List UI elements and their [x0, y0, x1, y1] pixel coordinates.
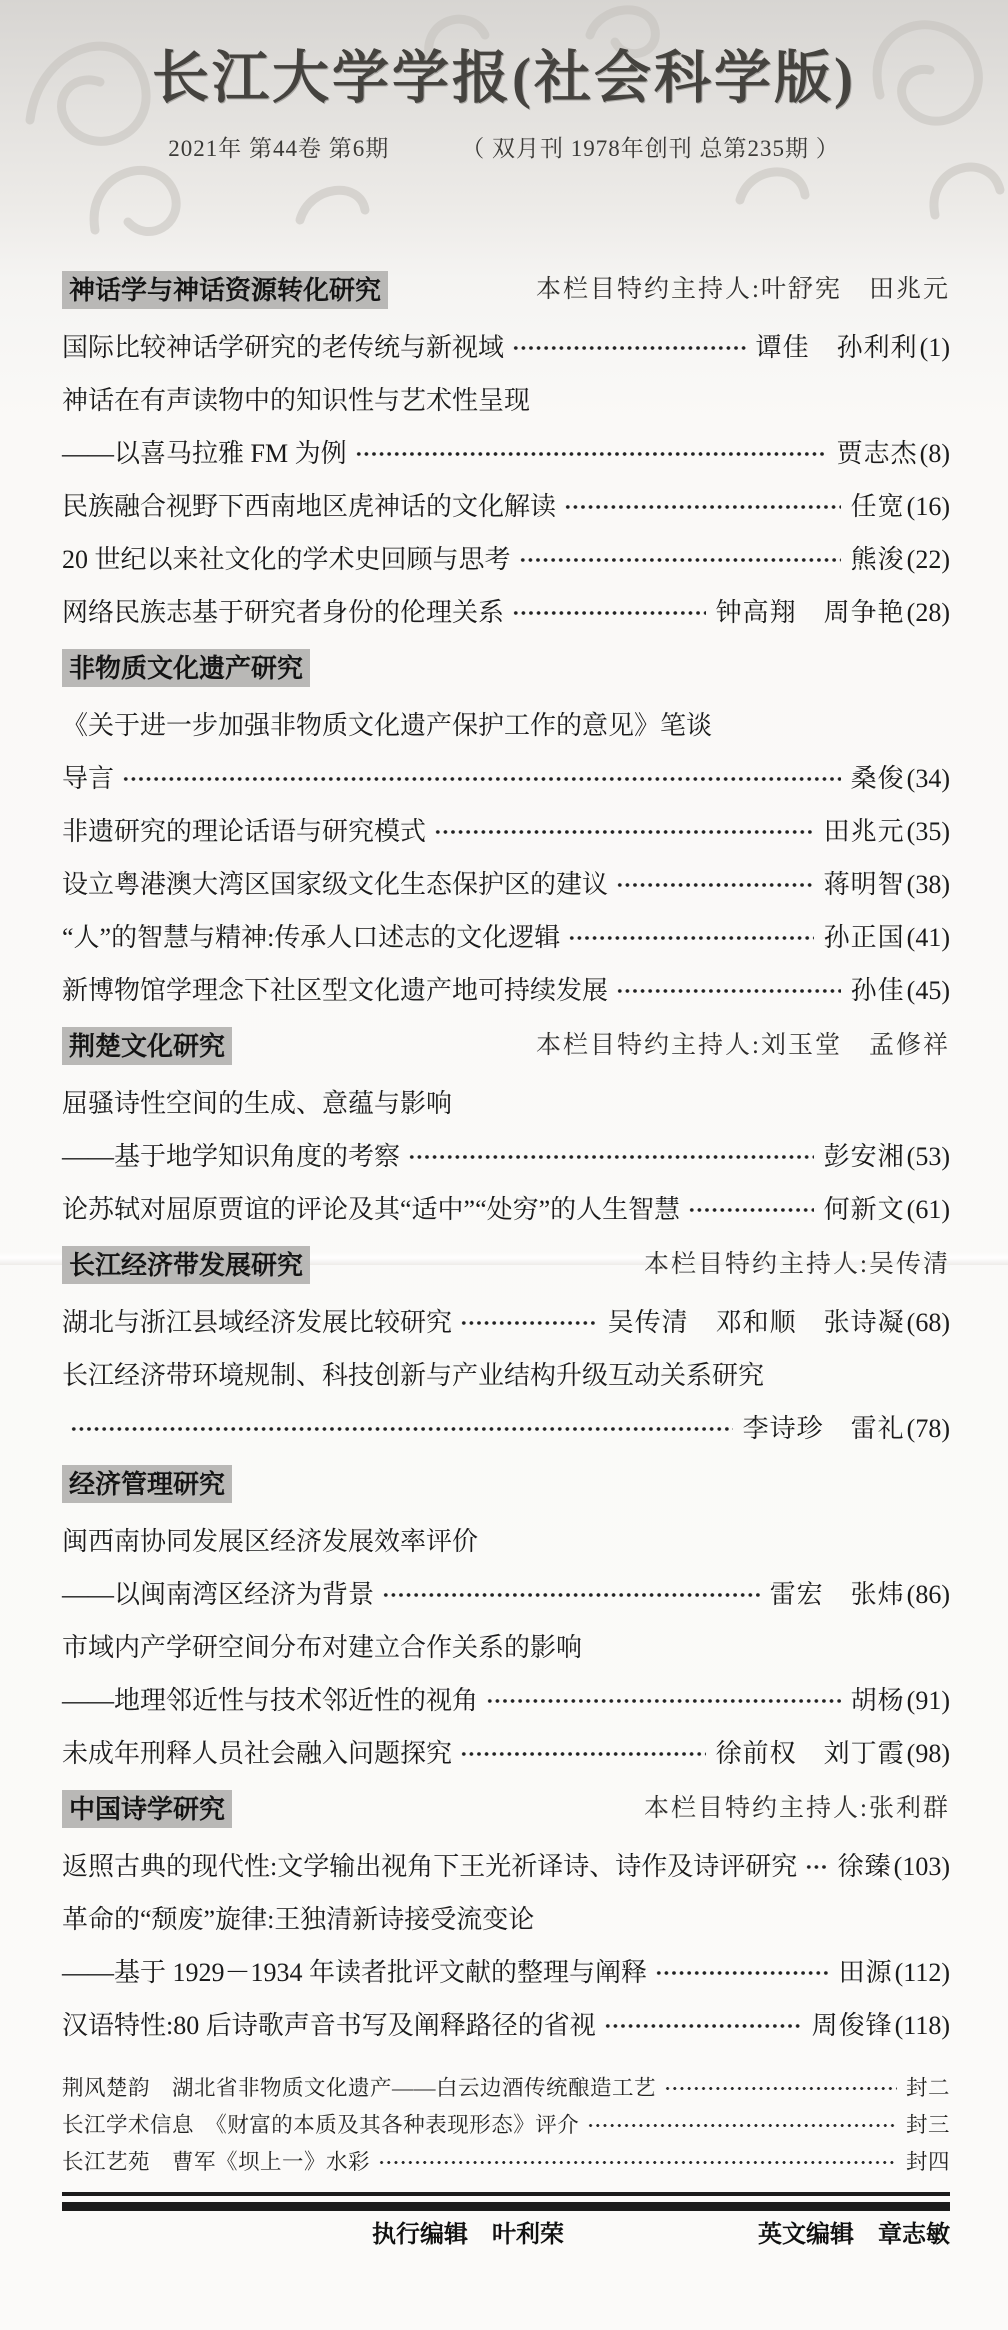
- footer-double-rule: [62, 2192, 950, 2211]
- section-title: 经济管理研究: [62, 1465, 232, 1503]
- entry-title: ——基于地学知识角度的考察: [62, 1140, 400, 1174]
- entry-title: 《关于进一步加强非物质文化遗产保护工作的意见》笔谈: [62, 709, 712, 743]
- entry-authors: 何新文: [824, 1193, 905, 1227]
- entry-page-number: (98): [907, 1737, 950, 1771]
- dot-leader: [460, 1306, 598, 1340]
- entry-page-number: (35): [907, 815, 950, 849]
- section-host: 本栏目特约主持人:张利群: [644, 1791, 950, 1827]
- toc-entry: 湖北与浙江县域经济发展比较研究吴传清 邓和顺 张诗凝(68): [62, 1306, 950, 1340]
- entry-title: 设立粤港澳大湾区国家级文化生态保护区的建议: [62, 868, 608, 902]
- dot-leader: [568, 921, 813, 955]
- entry-authors: 雷宏 张炜: [770, 1578, 905, 1612]
- section-title: 中国诗学研究: [62, 1790, 232, 1828]
- dot-leader: [122, 762, 841, 796]
- toc-entry: 返照古典的现代性:文学输出视角下王光祈译诗、诗作及诗评研究徐臻(103): [62, 1850, 950, 1884]
- entry-page-number: (53): [907, 1140, 950, 1174]
- entry-authors: 田兆元: [824, 815, 905, 849]
- back-entry-title: 长江学术信息 《财富的本质及其各种表现形态》评介: [62, 2112, 579, 2139]
- toc-entry: 市域内产学研空间分布对建立合作关系的影响: [62, 1631, 950, 1665]
- section-header-row: 经济管理研究: [62, 1465, 950, 1503]
- entry-authors: 熊浚: [851, 543, 905, 577]
- entry-page-number: (38): [907, 868, 950, 902]
- entry-page-number: (91): [907, 1684, 950, 1718]
- journal-title: 长江大学学报(社会科学版): [0, 0, 1008, 114]
- entry-page-number: (22): [907, 543, 950, 577]
- entry-authors: 吴传清 邓和顺 张诗凝: [608, 1306, 905, 1340]
- entry-title: ——以喜马拉雅 FM 为例: [62, 437, 347, 471]
- entry-page-number: (28): [907, 596, 950, 630]
- toc-entry: 新博物馆学理念下社区型文化遗产地可持续发展孙佳(45): [62, 974, 950, 1008]
- section-title: 非物质文化遗产研究: [62, 649, 310, 687]
- dot-leader: [512, 596, 706, 630]
- toc-entry: 屈骚诗性空间的生成、意蕴与影响: [62, 1087, 950, 1121]
- entry-title: 返照古典的现代性:文学输出视角下王光祈译诗、诗作及诗评研究: [62, 1850, 797, 1884]
- entry-title: ——以闽南湾区经济为背景: [62, 1578, 374, 1612]
- back-entry-page: 封三: [906, 2112, 950, 2139]
- entry-title: 神话在有声读物中的知识性与艺术性呈现: [62, 384, 530, 418]
- toc-entry: 神话在有声读物中的知识性与艺术性呈现: [62, 384, 950, 418]
- masthead: 长江大学学报(社会科学版) 2021年 第44卷 第6期 （ 双月刊 1978年…: [0, 0, 1008, 250]
- entry-authors: 周俊锋: [812, 2009, 893, 2043]
- back-entry-page: 封二: [906, 2075, 950, 2102]
- dot-leader: [604, 2009, 802, 2043]
- toc-entry: 长江经济带环境规制、科技创新与产业结构升级互动关系研究: [62, 1359, 950, 1393]
- entry-authors: 李诗珍 雷礼: [743, 1412, 905, 1446]
- entry-title: 湖北与浙江县域经济发展比较研究: [62, 1306, 452, 1340]
- dot-leader: [486, 1684, 841, 1718]
- entry-title: 国际比较神话学研究的老传统与新视域: [62, 331, 504, 365]
- entry-authors: 徐前权 刘丁霞: [716, 1737, 905, 1771]
- entry-page-number: (86): [907, 1578, 950, 1612]
- english-editor: 英文编辑 章志敏: [758, 2220, 950, 2250]
- dot-leader: [378, 2149, 897, 2176]
- dot-leader: [805, 1850, 827, 1884]
- entry-title: 市域内产学研空间分布对建立合作关系的影响: [62, 1631, 582, 1665]
- dot-leader: [408, 1140, 814, 1174]
- section-header-row: 非物质文化遗产研究: [62, 649, 950, 687]
- back-cover-entry: 长江学术信息 《财富的本质及其各种表现形态》评介封三: [62, 2112, 950, 2139]
- section-title: 长江经济带发展研究: [62, 1246, 310, 1284]
- entry-authors: 桑俊: [851, 762, 905, 796]
- toc-entry: ——基于地学知识角度的考察彭安湘(53): [62, 1140, 950, 1174]
- toc-entry: 非遗研究的理论话语与研究模式田兆元(35): [62, 815, 950, 849]
- section-host: 本栏目特约主持人:刘玉堂 孟修祥: [536, 1028, 950, 1064]
- entry-page-number: (61): [907, 1193, 950, 1227]
- toc-entry: 设立粤港澳大湾区国家级文化生态保护区的建议蒋明智(38): [62, 868, 950, 902]
- dot-leader: [70, 1412, 733, 1446]
- entry-page-number: (78): [907, 1412, 950, 1446]
- dot-leader: [434, 815, 814, 849]
- toc-entry: 李诗珍 雷礼(78): [62, 1412, 950, 1446]
- section-header-row: 荆楚文化研究本栏目特约主持人:刘玉堂 孟修祥: [62, 1027, 950, 1065]
- dot-leader: [655, 1956, 829, 1990]
- rule-thick: [62, 2202, 950, 2211]
- entry-page-number: (103): [894, 1850, 950, 1884]
- entry-title: 新博物馆学理念下社区型文化遗产地可持续发展: [62, 974, 608, 1008]
- entry-authors: 彭安湘: [824, 1140, 905, 1174]
- dot-leader: [664, 2075, 897, 2102]
- entry-authors: 任宽: [851, 490, 905, 524]
- entry-title: 长江经济带环境规制、科技创新与产业结构升级互动关系研究: [62, 1359, 764, 1393]
- section-host: 本栏目特约主持人:吴传清: [644, 1247, 950, 1283]
- entry-authors: 谭佳 孙利利: [756, 331, 918, 365]
- entry-authors: 田源: [839, 1956, 893, 1990]
- entry-page-number: (34): [907, 762, 950, 796]
- entry-page-number: (112): [895, 1956, 950, 1990]
- back-cover-list: 荆风楚韵 湖北省非物质文化遗产——白云边酒传统酿造工艺封二长江学术信息 《财富的…: [62, 2075, 950, 2176]
- back-entry-title: 荆风楚韵 湖北省非物质文化遗产——白云边酒传统酿造工艺: [62, 2075, 656, 2102]
- toc-entry: 民族融合视野下西南地区虎神话的文化解读任宽(16): [62, 490, 950, 524]
- dot-leader: [355, 437, 827, 471]
- toc-entry: 20 世纪以来社文化的学术史回顾与思考熊浚(22): [62, 543, 950, 577]
- entry-page-number: (118): [895, 2009, 950, 2043]
- back-cover-entry: 长江艺苑 曹军《坝上一》水彩封四: [62, 2149, 950, 2176]
- toc-entry: 闽西南协同发展区经济发展效率评价: [62, 1525, 950, 1559]
- issue-frequency: （ 双月刊 1978年创刊 总第235期 ）: [461, 130, 840, 163]
- back-entry-page: 封四: [906, 2149, 950, 2176]
- entry-title: ——基于 1929－1934 年读者批评文献的整理与阐释: [62, 1956, 647, 1990]
- entry-title: 未成年刑释人员社会融入问题探究: [62, 1737, 452, 1771]
- entry-title: 网络民族志基于研究者身份的伦理关系: [62, 596, 504, 630]
- section-header-row: 长江经济带发展研究本栏目特约主持人:吴传清: [62, 1246, 950, 1284]
- issue-volume: 2021年 第44卷 第6期: [168, 130, 389, 163]
- dot-leader: [519, 543, 841, 577]
- toc-entry: ——基于 1929－1934 年读者批评文献的整理与阐释田源(112): [62, 1956, 950, 1990]
- toc-entry: ——以喜马拉雅 FM 为例贾志杰(8): [62, 437, 950, 471]
- dot-leader: [382, 1578, 760, 1612]
- entry-authors: 孙正国: [824, 921, 905, 955]
- entry-authors: 胡杨: [851, 1684, 905, 1718]
- toc-entry: 《关于进一步加强非物质文化遗产保护工作的意见》笔谈: [62, 709, 950, 743]
- entry-page-number: (68): [907, 1306, 950, 1340]
- section-header-row: 神话学与神话资源转化研究本栏目特约主持人:叶舒宪 田兆元: [62, 271, 950, 309]
- entry-page-number: (16): [907, 490, 950, 524]
- section-header-row: 中国诗学研究本栏目特约主持人:张利群: [62, 1790, 950, 1828]
- toc-entry: 网络民族志基于研究者身份的伦理关系钟高翔 周争艳(28): [62, 596, 950, 630]
- toc-entry: 未成年刑释人员社会融入问题探究徐前权 刘丁霞(98): [62, 1737, 950, 1771]
- toc-entry: 导言桑俊(34): [62, 762, 950, 796]
- toc-entry: “人”的智慧与精神:传承人口述志的文化逻辑孙正国(41): [62, 921, 950, 955]
- entry-title: 20 世纪以来社文化的学术史回顾与思考: [62, 543, 511, 577]
- entry-page-number: (45): [907, 974, 950, 1008]
- section-host: 本栏目特约主持人:叶舒宪 田兆元: [536, 272, 950, 308]
- executive-editor: 执行编辑 叶利荣: [372, 2220, 564, 2250]
- section-title: 荆楚文化研究: [62, 1027, 232, 1065]
- toc-entry: 汉语特性:80 后诗歌声音书写及阐释路径的省视周俊锋(118): [62, 2009, 950, 2043]
- entry-title: 导言: [62, 762, 114, 796]
- entry-title: ——地理邻近性与技术邻近性的视角: [62, 1684, 478, 1718]
- toc-entry: 革命的“颓废”旋律:王独清新诗接受流变论: [62, 1903, 950, 1937]
- entry-title: 非遗研究的理论话语与研究模式: [62, 815, 426, 849]
- dot-leader: [587, 2112, 897, 2139]
- toc-entry: 论苏轼对屈原贾谊的评论及其“适中”“处穷”的人生智慧何新文(61): [62, 1193, 950, 1227]
- entry-title: 屈骚诗性空间的生成、意蕴与影响: [62, 1087, 452, 1121]
- entry-title: “人”的智慧与精神:传承人口述志的文化逻辑: [62, 921, 560, 955]
- editors-line: 执行编辑 叶利荣英文编辑 章志敏: [62, 2220, 950, 2250]
- dot-leader: [460, 1737, 706, 1771]
- dot-leader: [616, 868, 814, 902]
- entry-title: 论苏轼对屈原贾谊的评论及其“适中”“处穷”的人生智慧: [62, 1193, 680, 1227]
- toc-entry: ——地理邻近性与技术邻近性的视角胡杨(91): [62, 1684, 950, 1718]
- entry-authors: 贾志杰: [837, 437, 918, 471]
- dot-leader: [688, 1193, 813, 1227]
- dot-leader: [564, 490, 841, 524]
- entry-title: 闽西南协同发展区经济发展效率评价: [62, 1525, 478, 1559]
- entry-page-number: (41): [907, 921, 950, 955]
- entry-page-number: (8): [920, 437, 950, 471]
- entry-authors: 蒋明智: [824, 868, 905, 902]
- back-entry-title: 长江艺苑 曹军《坝上一》水彩: [62, 2149, 370, 2176]
- dot-leader: [512, 331, 746, 365]
- dot-leader: [616, 974, 841, 1008]
- entry-title: 民族融合视野下西南地区虎神话的文化解读: [62, 490, 556, 524]
- entry-title: 汉语特性:80 后诗歌声音书写及阐释路径的省视: [62, 2009, 596, 2043]
- table-of-contents: 神话学与神话资源转化研究本栏目特约主持人:叶舒宪 田兆元国际比较神话学研究的老传…: [0, 250, 1008, 2250]
- entry-authors: 钟高翔 周争艳: [716, 596, 905, 630]
- section-title: 神话学与神话资源转化研究: [62, 271, 388, 309]
- entry-authors: 孙佳: [851, 974, 905, 1008]
- toc-entry: ——以闽南湾区经济为背景雷宏 张炜(86): [62, 1578, 950, 1612]
- entry-title: 革命的“颓废”旋律:王独清新诗接受流变论: [62, 1903, 534, 1937]
- toc-entry: 国际比较神话学研究的老传统与新视域谭佳 孙利利(1): [62, 331, 950, 365]
- back-cover-entry: 荆风楚韵 湖北省非物质文化遗产——白云边酒传统酿造工艺封二: [62, 2075, 950, 2102]
- entry-page-number: (1): [920, 331, 950, 365]
- issue-line: 2021年 第44卷 第6期 （ 双月刊 1978年创刊 总第235期 ）: [0, 130, 1008, 163]
- entry-authors: 徐臻: [838, 1850, 892, 1884]
